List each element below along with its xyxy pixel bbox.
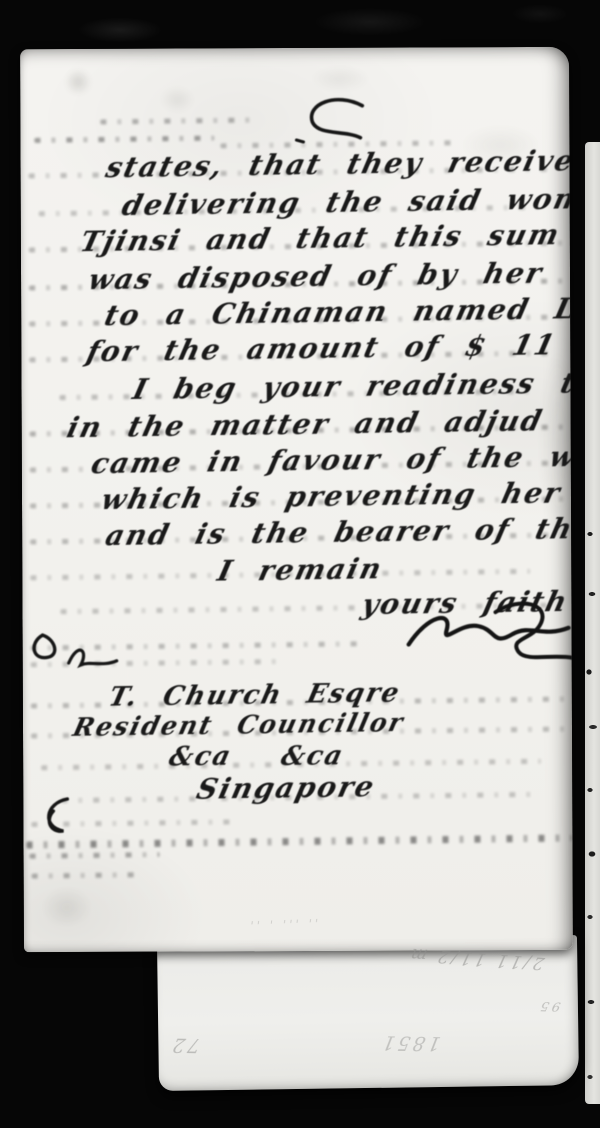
scanned-letter: states, that they receiveddelivering the… — [0, 0, 600, 1128]
pencil-docket: 72 — [168, 1034, 202, 1056]
pencil-docket: 2/11 11/2 m — [406, 943, 547, 972]
pencil-docket: 95 — [536, 998, 562, 1014]
pencil-docket: '' ' ''' '' — [249, 917, 322, 934]
pencil-docket: 1851 — [378, 1032, 443, 1055]
pencil-annotation-layer: '' ' ''' ''2/11 11/2 m95185172 — [0, 0, 600, 1128]
